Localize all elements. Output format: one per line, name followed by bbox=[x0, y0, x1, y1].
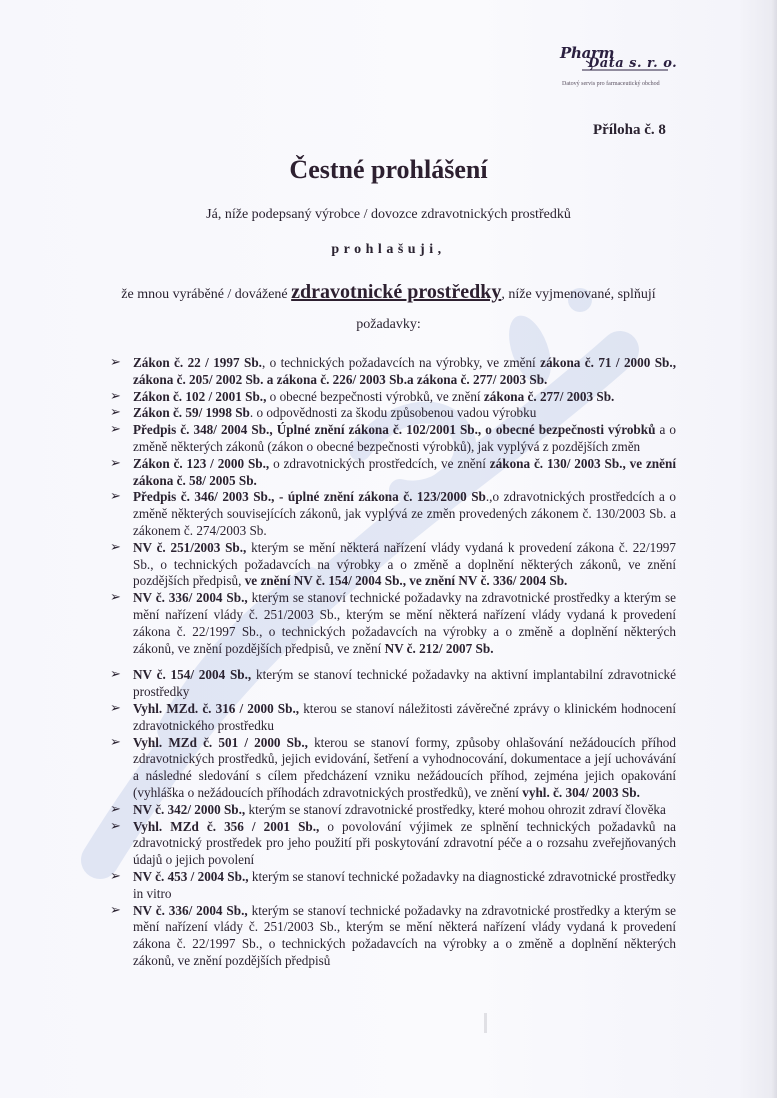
page-edge bbox=[771, 0, 777, 1098]
regulation-item: ➢Zákon č. 123 / 2000 Sb., o zdravotnický… bbox=[108, 456, 676, 490]
regulation-description: . o odpovědnosti za škodu způsobenou vad… bbox=[250, 405, 536, 420]
regulation-citation: zákona č. 277/ 2003 Sb. bbox=[484, 389, 614, 404]
regulation-citation: Zákon č. 102 / 2001 Sb., bbox=[133, 389, 266, 404]
arrowhead-bullet-icon: ➢ bbox=[110, 903, 121, 920]
regulation-item: ➢NV č. 251/2003 Sb., kterým se mění někt… bbox=[108, 540, 676, 590]
regulation-description: o zdravotnických prostředcích, ve znění bbox=[269, 456, 490, 471]
arrowhead-bullet-icon: ➢ bbox=[110, 540, 121, 557]
regulation-item: ➢Zákon č. 59/ 1998 Sb. o odpovědnosti za… bbox=[108, 405, 676, 422]
regulation-item: ➢NV č. 154/ 2004 Sb., kterým se stanoví … bbox=[108, 667, 676, 701]
arrowhead-bullet-icon: ➢ bbox=[110, 389, 121, 406]
declaration-word: prohlašuji, bbox=[0, 242, 777, 258]
regulation-citation: NV č. 336/ 2004 Sb., bbox=[133, 903, 248, 918]
regulation-citation: Zákon č. 59/ 1998 Sb bbox=[133, 405, 250, 420]
regulation-citation: ve znění NV č. 154/ 2004 Sb., ve znění N… bbox=[245, 573, 568, 588]
regulation-item: ➢NV č. 336/ 2004 Sb., kterým se stanoví … bbox=[108, 903, 676, 970]
regulation-description: o obecné bezpečnosti výrobků, ve znění bbox=[266, 389, 484, 404]
regulation-citation: NV č. 342/ 2000 Sb., bbox=[133, 802, 245, 817]
arrowhead-bullet-icon: ➢ bbox=[110, 355, 121, 372]
arrowhead-bullet-icon: ➢ bbox=[110, 405, 121, 422]
statement-line: že mnou vyráběné / dovážené zdravotnické… bbox=[0, 281, 777, 304]
regulation-citation: Vyhl. MZd č. 356 / 2001 Sb., bbox=[133, 819, 319, 834]
arrowhead-bullet-icon: ➢ bbox=[110, 802, 121, 819]
arrowhead-bullet-icon: ➢ bbox=[110, 667, 121, 684]
statement-before: že mnou vyráběné / dovážené bbox=[121, 287, 291, 302]
statement-emphasis: zdravotnické prostředky bbox=[291, 281, 501, 303]
regulation-citation: Zákon č. 22 / 1997 Sb. bbox=[133, 355, 262, 370]
regulation-item: ➢NV č. 336/ 2004 Sb., kterým se stanoví … bbox=[108, 590, 676, 657]
arrowhead-bullet-icon: ➢ bbox=[110, 735, 121, 752]
document-title: Čestné prohlášení bbox=[0, 155, 777, 185]
regulation-citation: vyhl. č. 304/ 2003 Sb. bbox=[522, 785, 640, 800]
regulation-item: ➢Zákon č. 22 / 1997 Sb., o technických p… bbox=[108, 355, 676, 389]
arrowhead-bullet-icon: ➢ bbox=[110, 456, 121, 473]
statement-after: , níže vyjmenované, splňují bbox=[501, 287, 655, 302]
regulation-citation: NV č. 453 / 2004 Sb., bbox=[133, 869, 249, 884]
arrowhead-bullet-icon: ➢ bbox=[110, 422, 121, 439]
regulation-item: ➢Předpis č. 348/ 2004 Sb., Úplné znění z… bbox=[108, 422, 676, 456]
requirements-label: požadavky: bbox=[0, 317, 777, 333]
regulation-citation: Zákon č. 123 / 2000 Sb., bbox=[133, 456, 269, 471]
regulation-item: ➢Vyhl. MZd č. 356 / 2001 Sb., o povolová… bbox=[108, 819, 676, 869]
intro-line: Já, níže podepsaný výrobce / dovozce zdr… bbox=[0, 207, 777, 223]
arrowhead-bullet-icon: ➢ bbox=[110, 819, 121, 836]
regulation-item: ➢NV č. 453 / 2004 Sb., kterým se stanoví… bbox=[108, 869, 676, 903]
attachment-label: Příloha č. 8 bbox=[593, 122, 666, 139]
arrowhead-bullet-icon: ➢ bbox=[110, 590, 121, 607]
scan-artifact bbox=[484, 1013, 487, 1033]
regulation-citation: Předpis č. 348/ 2004 Sb., Úplné znění zá… bbox=[133, 422, 655, 437]
regulation-citation: Předpis č. 346/ 2003 Sb., - úplné znění … bbox=[133, 489, 486, 504]
regulation-citation: NV č. 336/ 2004 Sb., bbox=[133, 590, 248, 605]
regulation-item: ➢Vyhl. MZd. č. 316 / 2000 Sb., kterou se… bbox=[108, 701, 676, 735]
regulation-citation: NV č. 251/2003 Sb., bbox=[133, 540, 246, 555]
arrowhead-bullet-icon: ➢ bbox=[110, 869, 121, 886]
regulation-description: kterým se stanoví zdravotnické prostředk… bbox=[245, 802, 666, 817]
regulation-item: ➢NV č. 342/ 2000 Sb., kterým se stanoví … bbox=[108, 802, 676, 819]
regulation-item: ➢Předpis č. 346/ 2003 Sb., - úplné znění… bbox=[108, 489, 676, 539]
regulation-item: ➢Zákon č. 102 / 2001 Sb., o obecné bezpe… bbox=[108, 389, 676, 406]
regulation-citation: Vyhl. MZd č. 501 / 2000 Sb., bbox=[133, 735, 308, 750]
regulation-item: ➢Vyhl. MZd č. 501 / 2000 Sb., kterou se … bbox=[108, 735, 676, 802]
arrowhead-bullet-icon: ➢ bbox=[110, 489, 121, 506]
document-page: Pharm Data s. r. o. Datový servis pro fa… bbox=[0, 0, 777, 1098]
regulation-citation: NV č. 212/ 2007 Sb. bbox=[385, 641, 494, 656]
company-logo: Pharm Data s. r. o. Datový servis pro fa… bbox=[560, 44, 710, 94]
arrowhead-bullet-icon: ➢ bbox=[110, 701, 121, 718]
regulation-description: , o technických požadavcích na výrobky, … bbox=[262, 355, 540, 370]
logo-data-text: Data s. r. o. bbox=[588, 56, 677, 71]
logo-tagline: Datový servis pro farmaceutický obchod bbox=[562, 81, 660, 87]
regulation-citation: Vyhl. MZd. č. 316 / 2000 Sb., bbox=[133, 701, 299, 716]
regulations-list: ➢Zákon č. 22 / 1997 Sb., o technických p… bbox=[108, 355, 676, 970]
regulation-citation: NV č. 154/ 2004 Sb., bbox=[133, 667, 251, 682]
